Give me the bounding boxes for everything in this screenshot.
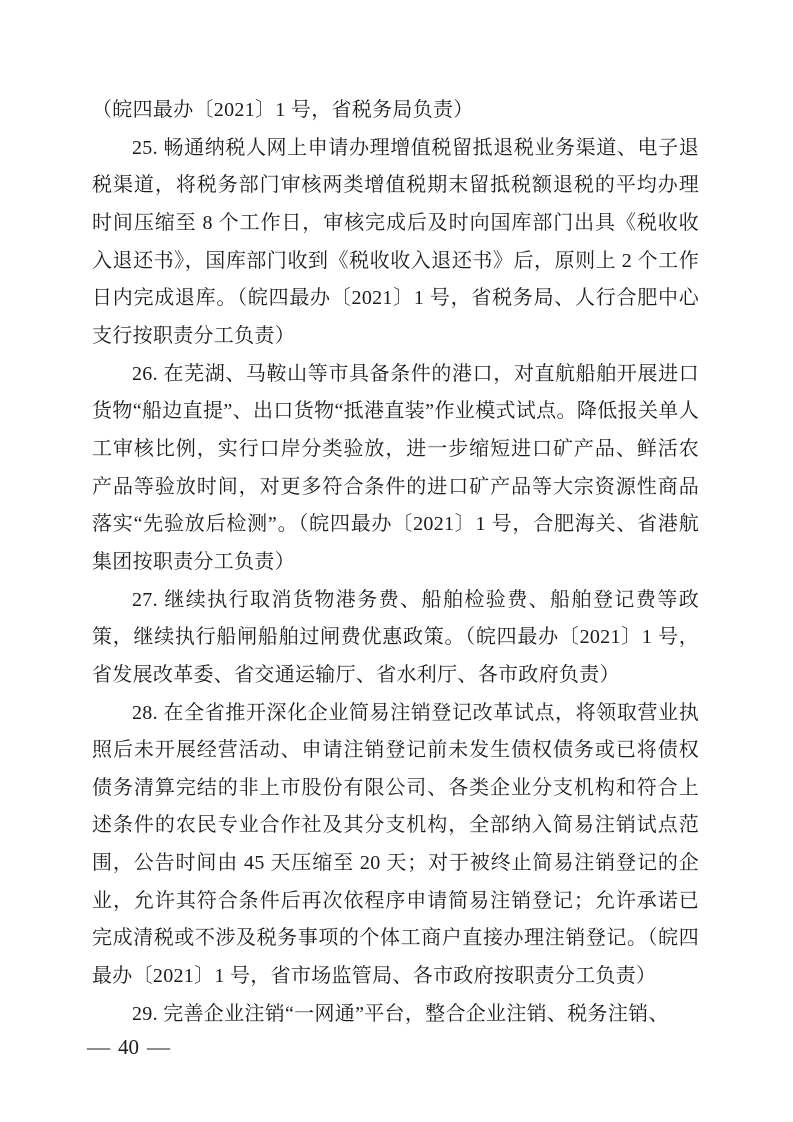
paragraph-item-25: 25. 畅通纳税人网上申请办理增值税留抵退税业务渠道、电子退税渠道，将税务部门审… <box>92 130 699 356</box>
paragraph-item-28: 28. 在全省推开深化企业简易注销登记改革试点，将领取营业执照后未开展经营活动、… <box>92 695 699 996</box>
page-number: 40 <box>118 1034 139 1060</box>
paragraph-continuation: （皖四最办〔2021〕1 号，省税务局负责） <box>92 92 699 130</box>
document-body: （皖四最办〔2021〕1 号，省税务局负责） 25. 畅通纳税人网上申请办理增值… <box>92 92 699 1033</box>
paragraph-item-27: 27. 继续执行取消货物港务费、船舶检验费、船舶登记费等政策，继续执行船闸船舶过… <box>92 582 699 695</box>
paragraph-item-26: 26. 在芜湖、马鞍山等市具备条件的港口，对直航船舶开展进口货物“船边直提”、出… <box>92 356 699 582</box>
page-footer: — 40 — <box>88 1034 169 1060</box>
footer-dash-right: — <box>147 1034 170 1060</box>
document-page: （皖四最办〔2021〕1 号，省税务局负责） 25. 畅通纳税人网上申请办理增值… <box>0 0 793 1122</box>
footer-dash-left: — <box>87 1034 110 1060</box>
paragraph-item-29: 29. 完善企业注销“一网通”平台，整合企业注销、税务注销、 <box>92 996 699 1034</box>
